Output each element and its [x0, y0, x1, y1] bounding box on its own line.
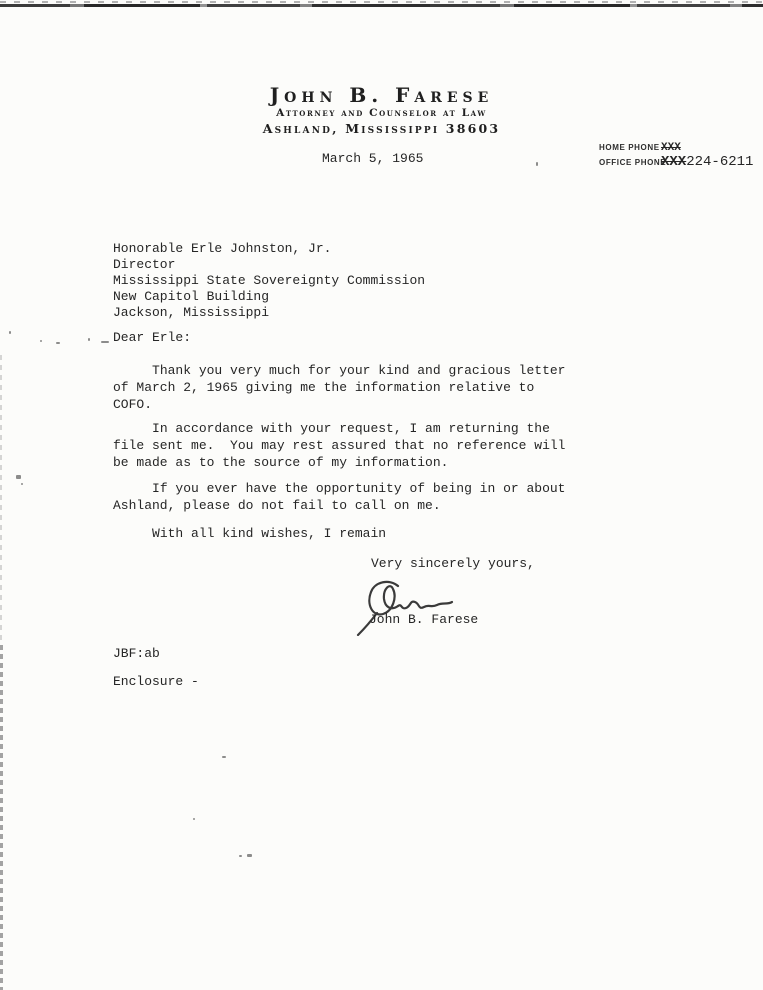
office-phone-number: 224-6211 [686, 154, 753, 170]
scan-speck [193, 818, 195, 820]
body-paragraph: If you ever have the opportunity of bein… [113, 480, 565, 514]
office-phone-label: OFFICE PHONE [599, 158, 657, 167]
letter-page: John B. Farese Attorney and Counselor at… [0, 0, 763, 990]
scan-edge-top [0, 0, 763, 10]
salutation: Dear Erle: [113, 329, 191, 346]
scan-speck [536, 162, 538, 166]
scan-speck [88, 338, 90, 341]
recipient-line: New Capitol Building [113, 289, 425, 305]
body-paragraph: In accordance with your request, I am re… [113, 420, 565, 471]
recipient-line: Director [113, 257, 425, 273]
office-phone-row: OFFICE PHONE XXX224-6211 [599, 154, 753, 170]
scan-speck [40, 340, 42, 342]
enclosure-note: Enclosure - [113, 673, 199, 690]
closing-line: With all kind wishes, I remain [113, 525, 386, 542]
letterhead-address: Ashland, Mississippi 38603 [0, 121, 763, 136]
home-phone-row: HOME PHONE XXX [599, 142, 753, 154]
recipient-line: Honorable Erle Johnston, Jr. [113, 241, 425, 257]
scan-speck [56, 342, 60, 344]
scan-speck [9, 331, 11, 334]
recipient-line: Mississippi State Sovereignty Commission [113, 273, 425, 289]
body-paragraph: Thank you very much for your kind and gr… [113, 362, 565, 413]
scan-speck [16, 475, 21, 479]
valediction: Very sincerely yours, [371, 555, 535, 572]
home-phone-redacted-value: XXX [661, 142, 681, 154]
letterhead-name: John B. Farese [0, 84, 763, 106]
letterhead-title: Attorney and Counselor at Law [0, 107, 763, 120]
date-line: March 5, 1965 [322, 150, 423, 167]
scan-speck [101, 341, 109, 343]
office-phone-redacted-prefix: XXX [661, 154, 686, 170]
recipient-address: Honorable Erle Johnston, Jr. Director Mi… [113, 241, 425, 321]
recipient-line: Jackson, Mississippi [113, 305, 425, 321]
scan-speck [222, 756, 226, 758]
typed-signature-name: John B. Farese [369, 611, 478, 628]
phone-block: HOME PHONE XXX OFFICE PHONE XXX224-6211 [599, 142, 753, 170]
scan-speck [239, 855, 242, 857]
scan-edge-left [0, 355, 2, 645]
scan-speck [21, 483, 23, 485]
reference-initials: JBF:ab [113, 645, 160, 662]
home-phone-label: HOME PHONE [599, 143, 657, 152]
scan-edge-left [0, 645, 3, 990]
scan-speck [247, 854, 252, 857]
letterhead: John B. Farese Attorney and Counselor at… [0, 84, 763, 136]
